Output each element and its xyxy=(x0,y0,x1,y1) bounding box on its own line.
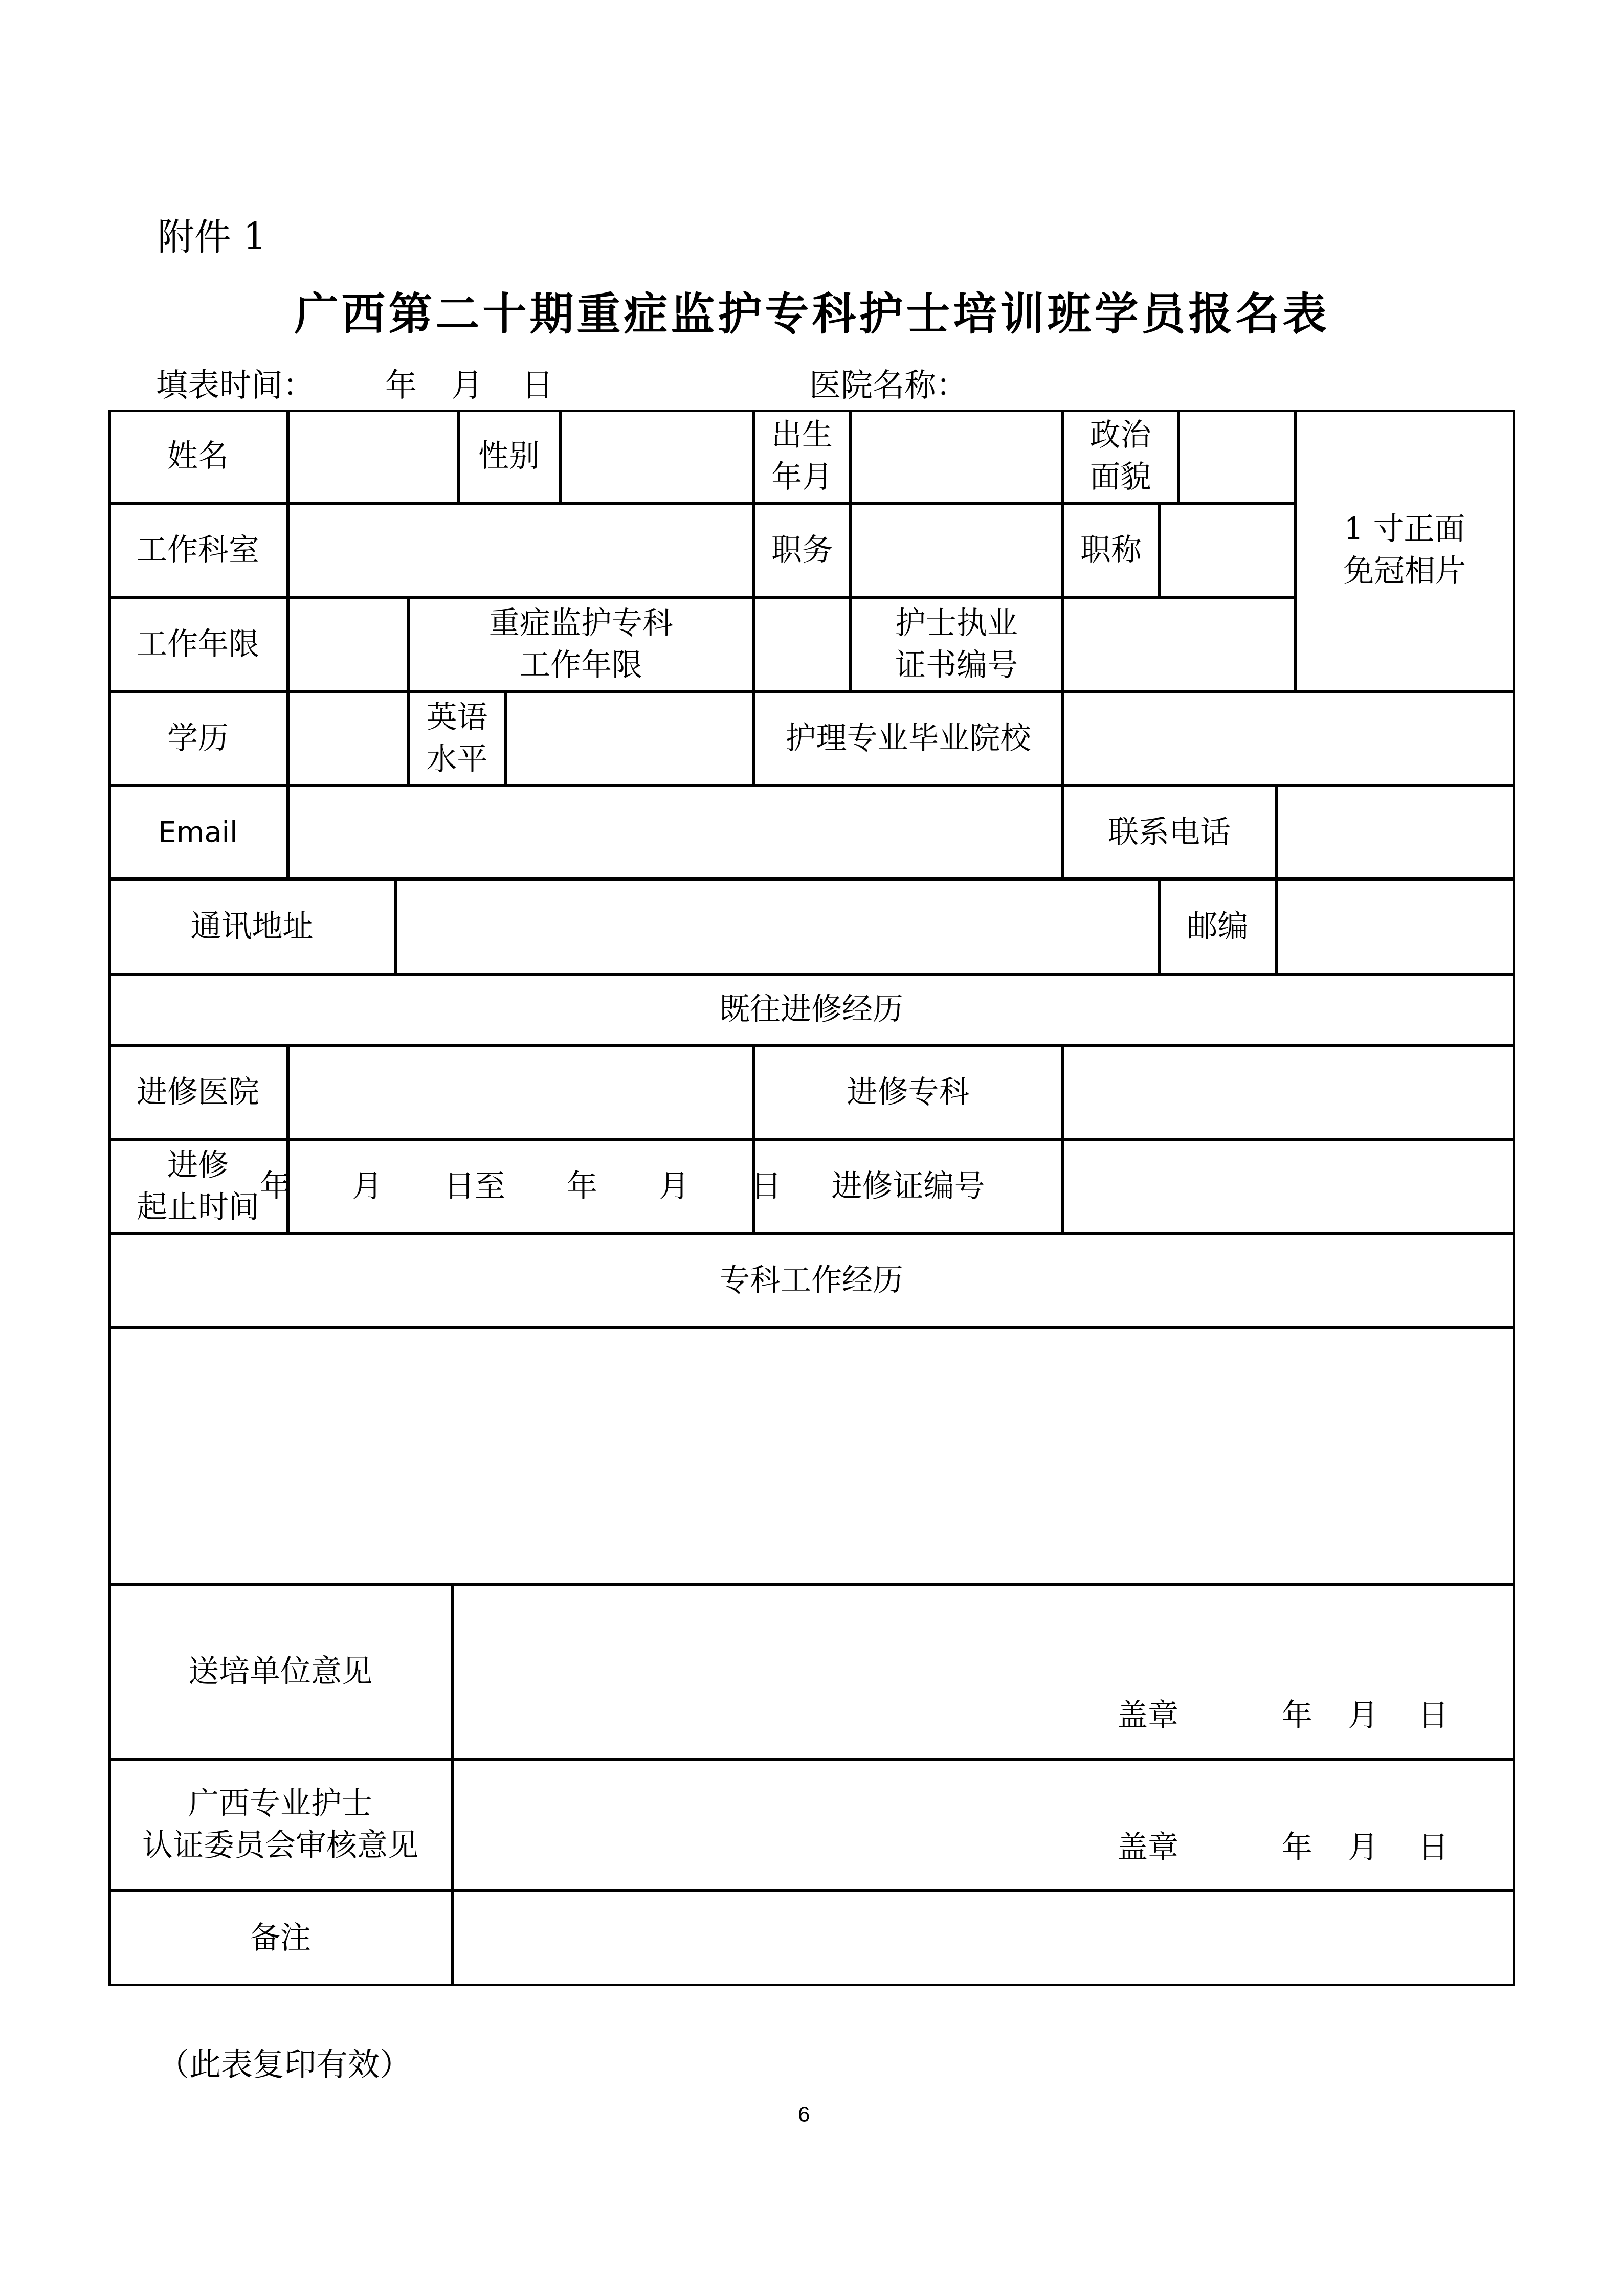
training-period-field[interactable]: 年 月 日至 年 月 日 xyxy=(288,1139,754,1233)
sending-unit-month: 月 xyxy=(1348,1695,1378,1736)
attachment-label: 附件 1 xyxy=(158,214,266,260)
address-label: 通讯地址 xyxy=(108,879,396,974)
gender-label: 性别 xyxy=(458,410,560,503)
email-field[interactable] xyxy=(288,786,1063,879)
committee-day: 日 xyxy=(1418,1827,1449,1868)
postcode-label: 邮编 xyxy=(1160,879,1276,974)
committee-stamp-label: 盖章 xyxy=(1117,1827,1178,1868)
committee-opinion-field[interactable] xyxy=(453,1759,1515,1890)
fill-date-label: 填表时间： xyxy=(156,365,315,406)
education-label: 学历 xyxy=(108,691,288,786)
committee-year: 年 xyxy=(1282,1827,1312,1868)
phone-label: 联系电话 xyxy=(1063,786,1276,879)
fill-date-day[interactable]: 日 xyxy=(522,365,553,406)
icu-years-label: 重症监护专科 工作年限 xyxy=(409,597,754,691)
email-label: Email xyxy=(108,786,288,879)
training-certificate-label: 进修证编号 xyxy=(754,1139,1063,1233)
training-specialty-label: 进修专科 xyxy=(754,1045,1063,1139)
photo-placeholder[interactable]: 1 寸正面 免冠相片 xyxy=(1295,410,1515,691)
remarks-label: 备注 xyxy=(108,1890,453,1986)
name-label: 姓名 xyxy=(108,410,288,503)
registration-table: 姓名 性别 出生 年月 政治 面貌 1 寸正面 免冠相片 工作科室 职务 职称 … xyxy=(109,410,1515,1986)
training-hospital-field[interactable] xyxy=(288,1045,754,1139)
training-hospital-label: 进修医院 xyxy=(108,1045,288,1139)
address-field[interactable] xyxy=(396,879,1160,974)
sending-unit-stamp-label: 盖章 xyxy=(1117,1695,1178,1736)
department-label: 工作科室 xyxy=(108,503,288,597)
fill-date-year[interactable]: 年 xyxy=(385,365,417,406)
sending-unit-opinion-label: 送培单位意见 xyxy=(108,1585,453,1759)
specialty-experience-field[interactable] xyxy=(108,1327,1515,1585)
department-field[interactable] xyxy=(288,503,754,597)
license-field[interactable] xyxy=(1063,597,1295,691)
sending-unit-year: 年 xyxy=(1282,1695,1312,1736)
name-field[interactable] xyxy=(288,410,458,503)
work-years-field[interactable] xyxy=(288,597,409,691)
work-years-label: 工作年限 xyxy=(108,597,288,691)
training-specialty-field[interactable] xyxy=(1063,1045,1515,1139)
title-label: 职称 xyxy=(1063,503,1160,597)
training-certificate-field[interactable] xyxy=(1063,1139,1515,1233)
school-label: 护理专业毕业院校 xyxy=(754,691,1063,786)
english-label: 英语 水平 xyxy=(409,691,506,786)
form-title: 广西第二十期重症监护专科护士培训班学员报名表 xyxy=(0,286,1624,343)
remarks-field[interactable] xyxy=(453,1890,1515,1986)
license-label: 护士执业 证书编号 xyxy=(851,597,1063,691)
page-number: 6 xyxy=(798,2102,810,2127)
training-history-heading: 既往进修经历 xyxy=(108,974,1515,1045)
political-label: 政治 面貌 xyxy=(1063,410,1178,503)
birth-field[interactable] xyxy=(851,410,1063,503)
school-field[interactable] xyxy=(1063,691,1515,786)
position-label: 职务 xyxy=(754,503,851,597)
phone-field[interactable] xyxy=(1276,786,1515,879)
education-field[interactable] xyxy=(288,691,409,786)
committee-month: 月 xyxy=(1348,1827,1378,1868)
specialty-experience-heading: 专科工作经历 xyxy=(108,1233,1515,1327)
gender-field[interactable] xyxy=(560,410,754,503)
english-field[interactable] xyxy=(506,691,754,786)
political-field[interactable] xyxy=(1178,410,1295,503)
fill-date-month[interactable]: 月 xyxy=(451,365,483,406)
sending-unit-day: 日 xyxy=(1418,1695,1449,1736)
committee-opinion-label: 广西专业护士 认证委员会审核意见 xyxy=(108,1759,453,1890)
position-field[interactable] xyxy=(851,503,1063,597)
icu-years-field[interactable] xyxy=(754,597,851,691)
hospital-name-label: 医院名称： xyxy=(809,365,968,406)
photocopy-valid-note: （此表复印有效） xyxy=(158,2044,411,2085)
title-field[interactable] xyxy=(1160,503,1295,597)
birth-label: 出生 年月 xyxy=(754,410,851,503)
postcode-field[interactable] xyxy=(1276,879,1515,974)
